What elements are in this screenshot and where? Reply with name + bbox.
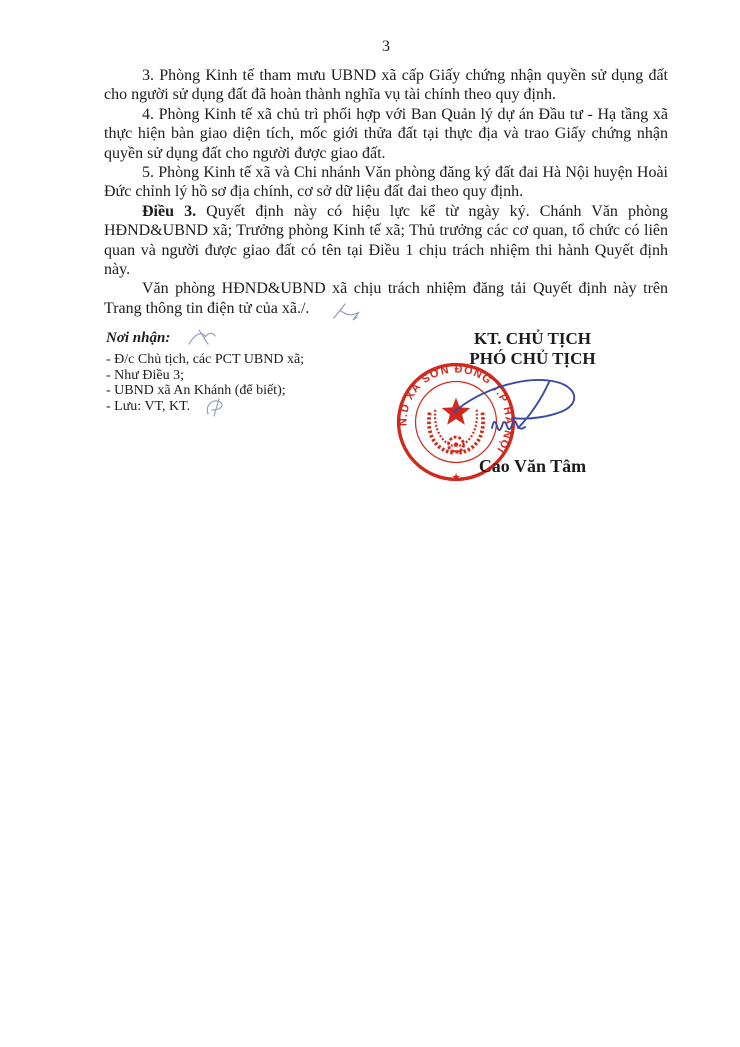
signature-ink-icon <box>452 372 590 444</box>
handwritten-initial-icon <box>332 300 370 324</box>
handwritten-initial-icon <box>187 328 217 348</box>
signer-position-line1: KT. CHỦ TỊCH <box>430 329 635 349</box>
clause-5-paragraph: 5. Phòng Kinh tế xã và Chi nhánh Văn phò… <box>104 163 668 202</box>
recipient-item: - UBND xã An Khánh (để biết); <box>106 383 376 399</box>
page-number: 3 <box>104 38 668 56</box>
document-body: 3. Phòng Kinh tế tham mưu UBND xã cấp Gi… <box>104 66 668 318</box>
document-page: 3 3. Phòng Kinh tế tham mưu UBND xã cấp … <box>0 0 740 1047</box>
recipient-item: - Đ/c Chủ tịch, các PCT UBND xã; <box>106 352 376 368</box>
recipient-item: - Lưu: VT, KT. <box>106 399 376 415</box>
signer-name: Cao Văn Tâm <box>430 456 635 477</box>
clause-3-paragraph: 3. Phòng Kinh tế tham mưu UBND xã cấp Gi… <box>104 66 668 105</box>
article-3-label: Điều 3. <box>142 203 196 220</box>
article-3-paragraph: Điều 3. Quyết định này có hiệu lực kể từ… <box>104 202 668 280</box>
publish-note-paragraph: Văn phòng HĐND&UBND xã chịu trách nhiệm … <box>104 279 668 318</box>
recipient-item: - Như Điều 3; <box>106 368 376 384</box>
clause-4-paragraph: 4. Phòng Kinh tế xã chủ trì phối hợp với… <box>104 105 668 163</box>
recipients-label: Nơi nhận: <box>106 330 376 347</box>
handwritten-initial-icon <box>204 396 230 418</box>
recipients-block: Nơi nhận: - Đ/c Chủ tịch, các PCT UBND x… <box>106 330 376 414</box>
